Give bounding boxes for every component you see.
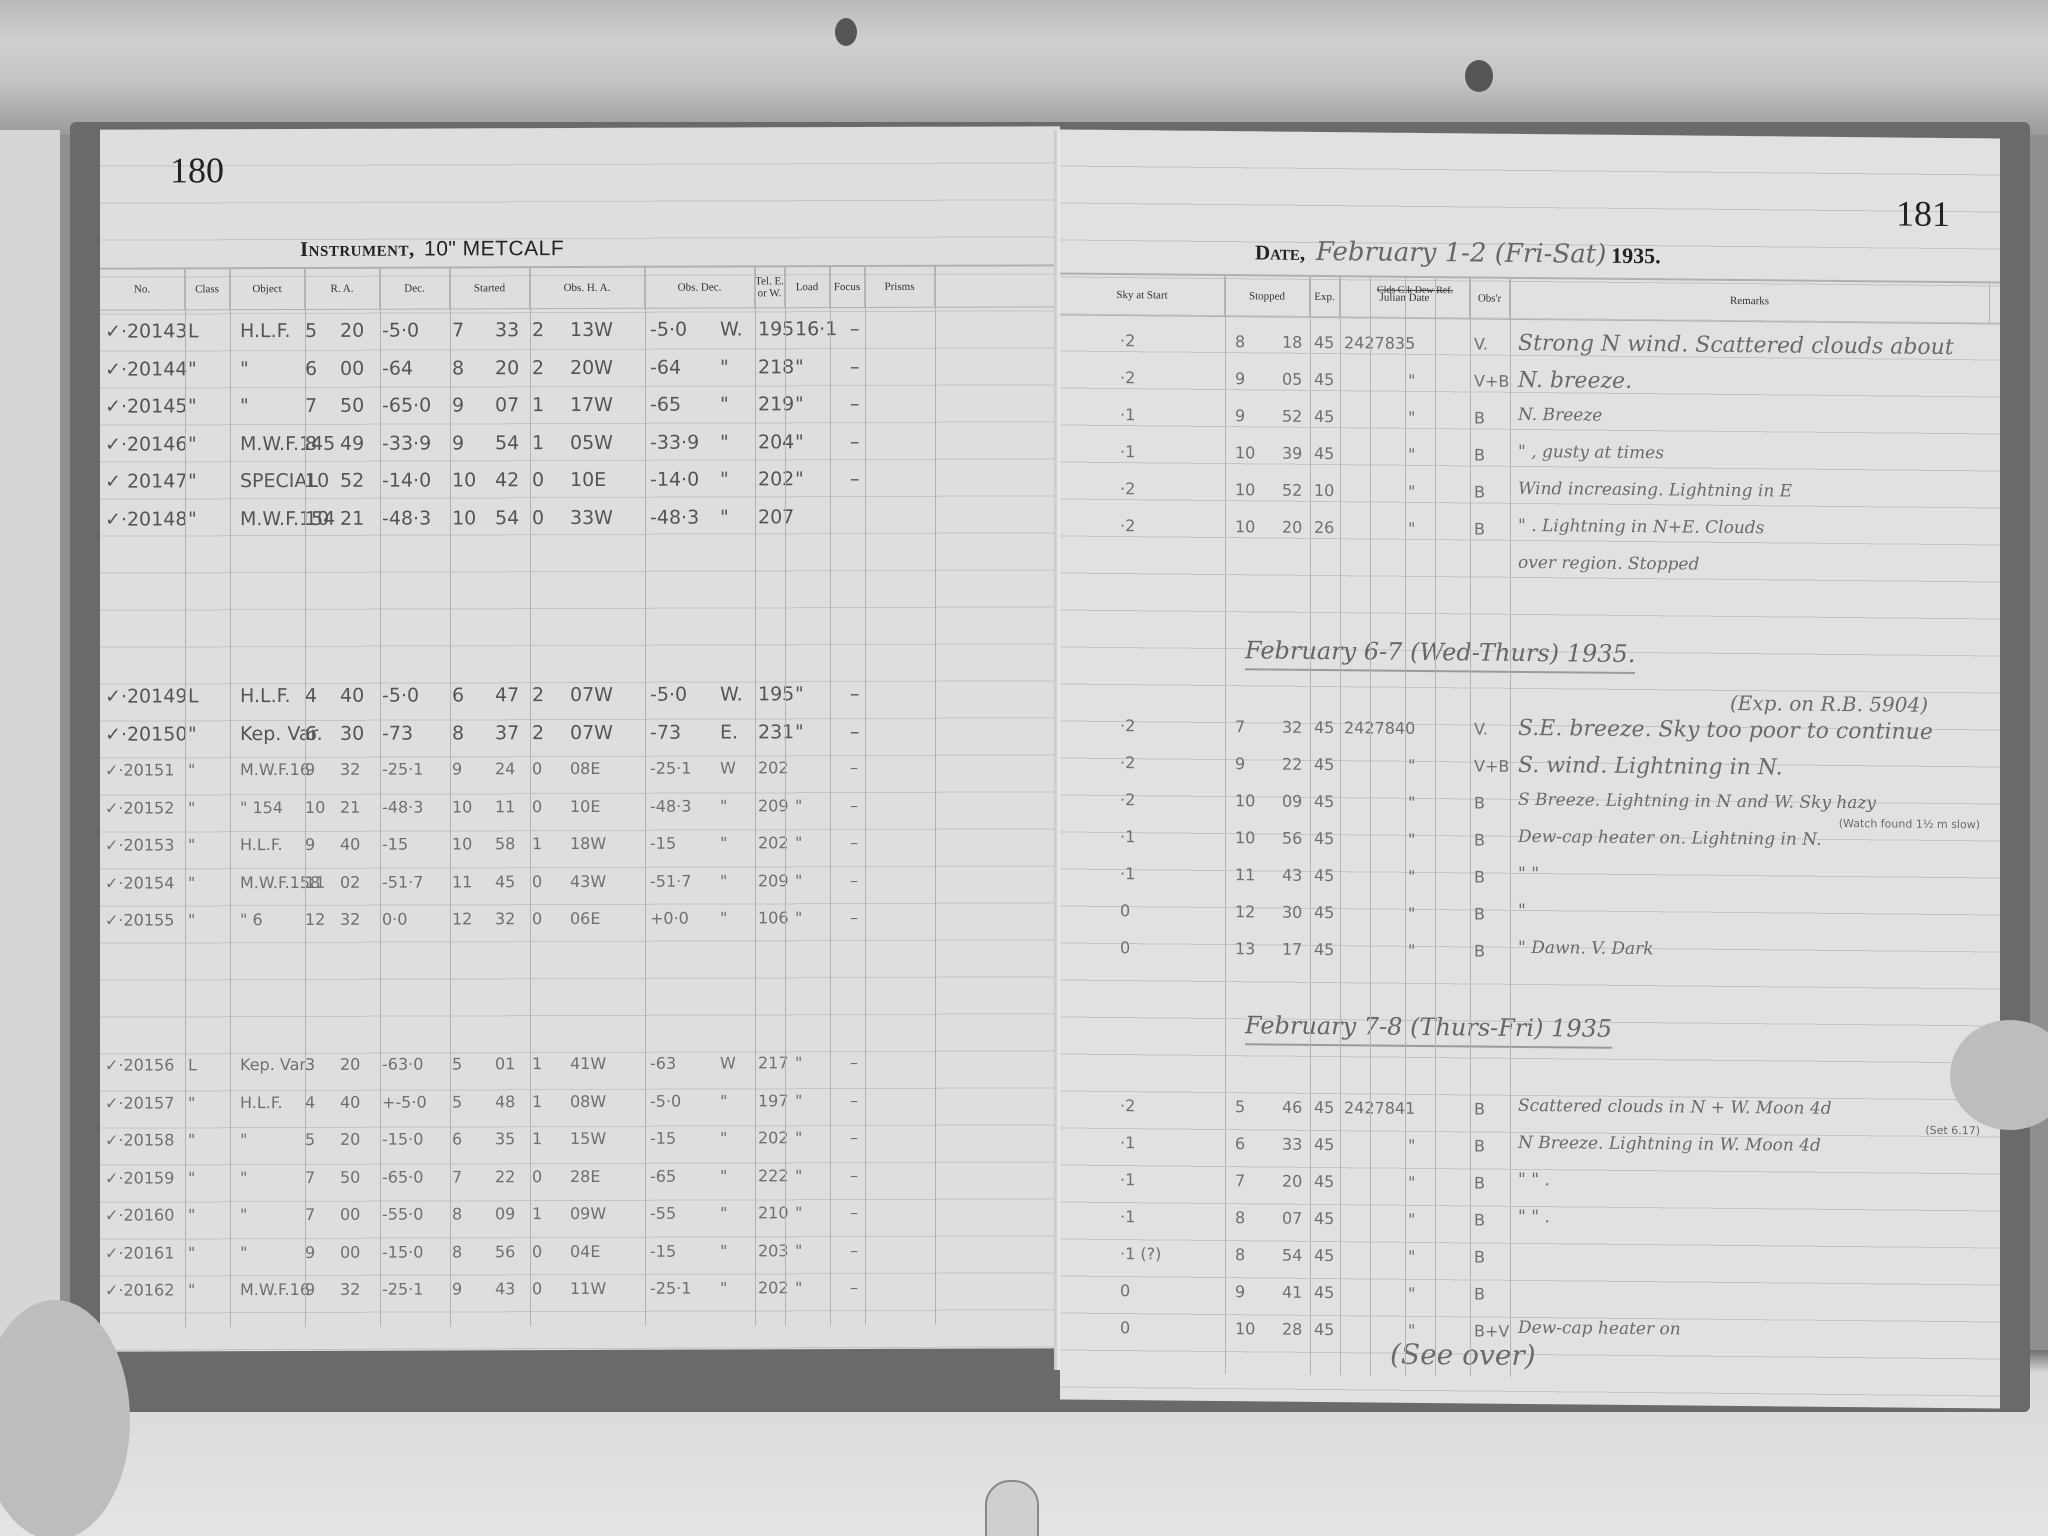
date-value: February 1-2 (Fri-Sat) [1316,237,1606,270]
sky-at-start: ·2 [1120,479,1135,498]
ra-hours: 11 [305,872,325,891]
prisms-cell: – [850,1278,858,1297]
obs-dec-cell: -25·1 [650,759,691,778]
observer-cell: B [1474,408,1485,427]
stopped-minute: 07 [1282,1209,1302,1228]
start-hour: 8 [452,1242,462,1261]
stopped-hour: 13 [1235,939,1255,958]
column-header: Dec. [380,268,450,308]
object-cell: " [240,1130,247,1149]
telescope-side: " [720,1128,727,1147]
start-hour: 5 [452,1092,462,1111]
struck-column-header: Clds Clk Dew Ref. [1360,283,1470,298]
dec-cell: -15 [382,835,408,854]
table-row: 0131745"B" Dawn. V. Dark [1060,931,1990,977]
start-second: 1 [532,1092,542,1111]
exposure-cell: 45 [1314,903,1334,922]
start-minute: 43 [495,1279,515,1298]
class-cell: " [188,508,197,530]
column-header: Tel. E. or W. [755,267,785,307]
column-rule [1405,276,1406,1376]
start-second: 0 [532,507,544,529]
obs-ha-cell: 33W [570,506,613,528]
remark-text: N. Breeze [1518,405,1602,426]
stopped-hour: 9 [1235,406,1245,425]
sky-at-start: ·1 [1120,864,1135,883]
dec-cell: -15·0 [382,1242,423,1261]
column-rule [935,265,936,1325]
exposure-cell: 45 [1314,370,1334,389]
dec-cell: -48·3 [382,797,423,816]
ra-hours: 10 [305,797,325,816]
exposure-cell: 45 [1314,940,1334,959]
load-cell: 218 [758,356,794,378]
telescope-side: " [720,1091,727,1110]
ra-minutes: 20 [340,1055,360,1074]
load-cell: 195 [758,318,794,340]
load-cell: 209 [758,796,789,815]
ra-hours: 5 [305,1130,315,1149]
dec-cell: -65·0 [382,1167,423,1186]
dec-cell: -48·3 [382,507,431,529]
start-minute: 24 [495,759,515,778]
instrument-label: Instrument, [300,237,415,261]
focus-cell: " [795,393,804,415]
telescope-side: " [720,833,727,852]
obs-dec-cell: -55 [650,1204,676,1223]
obs-ha-cell: 05W [570,431,613,453]
start-minute: 58 [495,834,515,853]
column-header: Object [230,269,305,309]
start-hour: 6 [452,684,464,706]
exposure-cell: 26 [1314,518,1334,537]
ra-minutes: 50 [340,1167,360,1186]
julian-date: " [1408,904,1415,923]
observer-cell: B [1474,445,1485,464]
sky-at-start: ·2 [1120,368,1135,387]
stopped-minute: 05 [1282,370,1302,389]
column-header: Obs. Dec. [645,267,755,307]
focus-cell: " [795,356,804,378]
julian-date: " [1408,1173,1415,1192]
start-hour: 11 [452,872,472,891]
left-page: 180 Instrument, 10" METCALF No.ClassObje… [100,126,1060,1351]
ra-minutes: 49 [340,432,364,454]
telescope-side: " [720,1278,727,1297]
load-cell: 202 [758,758,789,777]
class-cell: " [188,1168,195,1187]
remark-text: S Breeze. Lightning in N and W. Sky hazy [1518,790,1876,813]
start-second: 0 [532,1242,542,1261]
start-minute: 56 [495,1242,515,1261]
instrument-value: 10" METCALF [424,237,564,260]
obs-dec-cell: +0·0 [650,909,689,928]
entry-number: ✓·20156 [105,1055,174,1074]
ra-hours: 9 [305,835,315,854]
stopped-minute: 33 [1282,1135,1302,1154]
start-minute: 01 [495,1054,515,1073]
column-header-row: No.ClassObjectR. A.Dec.StartedObs. H. A.… [100,264,1060,310]
date-heading: Date, February 1-2 (Fri-Sat) 1935. [1255,236,1661,270]
dec-cell: -25·1 [382,1280,423,1299]
column-rule [1470,276,1471,1376]
column-rule [1510,277,1511,1377]
class-cell: " [188,1243,195,1262]
class-cell: " [188,798,195,817]
load-cell: 231 [758,721,794,743]
entry-number: ✓·20153 [105,835,174,854]
obs-dec-cell: -5·0 [650,1091,681,1110]
obs-ha-cell: 15W [570,1129,606,1148]
obs-ha-cell: 20W [570,356,613,378]
column-header: Stopped [1225,276,1310,317]
stopped-minute: 22 [1282,755,1302,774]
load-cell: 210 [758,1203,789,1222]
object-cell: " [240,395,249,417]
object-cell: Kep. Var. [240,1055,310,1074]
stopped-hour: 9 [1235,754,1245,773]
start-second: 1 [532,394,544,416]
focus-cell: " [795,721,804,743]
ra-hours: 7 [305,395,317,417]
sky-at-start: ·2 [1120,790,1135,809]
exposure-cell: 45 [1314,718,1334,737]
column-header: Load [785,267,830,307]
prisms-cell: – [850,1128,858,1147]
load-cell: 197 [758,1091,789,1110]
start-second: 0 [532,469,544,491]
prisms-cell: – [850,908,858,927]
start-hour: 9 [452,432,464,454]
dec-cell: -5·0 [382,685,419,707]
entry-number: ✓·20144 [105,358,187,380]
start-hour: 9 [452,394,464,416]
entry-number: ✓·20149 [105,685,187,707]
observer-cell: B [1474,482,1485,501]
obs-ha-cell: 18W [570,834,606,853]
class-cell: L [188,1055,197,1074]
sky-at-start: ·1 (?) [1120,1244,1161,1263]
observer-cell: B [1474,1136,1485,1155]
julian-date: " [1408,867,1415,886]
page-number: 181 [1896,193,1950,236]
stopped-hour: 11 [1235,865,1255,884]
start-hour: 6 [452,1129,462,1148]
night-date-heading: February 7-8 (Thurs-Fri) 1935 [1245,1011,1612,1049]
telescope-side: " [720,1241,727,1260]
start-hour: 10 [452,469,476,491]
telescope-side: W. [720,318,743,340]
column-header: Exp. [1310,277,1340,317]
entry-number: ✓·20157 [105,1093,174,1112]
obs-dec-cell: -5·0 [650,684,687,706]
stopped-hour: 10 [1235,443,1255,462]
telescope-side: W [720,1053,736,1072]
stopped-minute: 18 [1282,333,1302,352]
start-hour: 8 [452,357,464,379]
column-rule [1435,276,1436,1376]
obs-dec-cell: -48·3 [650,796,691,815]
obs-ha-cell: 06E [570,909,600,928]
exposure-note: (Exp. on R.B. 5904) [1730,691,1928,717]
class-cell: " [188,395,197,417]
dec-cell: 0·0 [382,910,407,929]
dec-cell: -65·0 [382,395,431,417]
ra-hours: 9 [305,1280,315,1299]
stopped-minute: 39 [1282,444,1302,463]
column-rule [1225,274,1226,1374]
book-clip [985,1480,1039,1536]
julian-date: " [1408,1210,1415,1229]
stopped-hour: 7 [1235,717,1245,736]
telescope-side: " [720,431,729,453]
ra-hours: 10 [305,470,329,492]
obs-ha-cell: 10E [570,796,600,815]
julian-date: " [1408,408,1415,427]
start-minute: 07 [495,394,519,416]
stopped-minute: 54 [1282,1246,1302,1265]
load-cell: 195 [758,683,794,705]
start-minute: 37 [495,722,519,744]
class-cell: " [188,1130,195,1149]
column-header: Focus [830,267,865,307]
entry-number: ✓·20148 [105,508,187,530]
sky-at-start: ·2 [1120,331,1135,350]
load-cell: 202 [758,833,789,852]
column-header: Sky at Start [1060,274,1225,316]
observer-cell: B [1474,519,1485,538]
column-header: Obs'r [1470,278,1510,318]
prisms-cell: – [850,1241,858,1260]
julian-date: " [1408,756,1415,775]
prisms-cell: – [850,758,858,777]
start-second: 2 [532,722,544,744]
object-cell: " 6 [240,910,263,929]
exposure-cell: 45 [1314,1172,1334,1191]
object-cell: M.W.F.145 [240,432,335,454]
dec-cell: -51·7 [382,872,423,891]
class-cell: L [188,685,199,707]
background-wall [0,130,60,1350]
observer-cell: B [1474,1099,1485,1118]
entry-number: ✓·20154 [105,873,174,892]
dec-cell: +-5·0 [382,1092,427,1111]
load-cell: 202 [758,1278,789,1297]
julian-date: " [1408,482,1415,501]
column-rule [380,267,381,1327]
column-rule [450,266,451,1326]
start-hour: 12 [452,909,472,928]
start-hour: 10 [452,797,472,816]
load-cell: 204 [758,431,794,453]
start-hour: 8 [452,722,464,744]
sky-at-start: ·1 [1120,1207,1135,1226]
prisms-cell: – [850,1053,858,1072]
obs-dec-cell: -5·0 [650,319,687,341]
load-cell: 209 [758,871,789,890]
julian-date: " [1408,793,1415,812]
exposure-cell: 45 [1314,1098,1334,1117]
load-cell: 207 [758,506,794,528]
dec-cell: -33·9 [382,432,431,454]
ra-hours: 7 [305,1205,315,1224]
start-minute: 32 [495,909,515,928]
obs-ha-cell: 28E [570,1166,600,1185]
object-cell: H.L.F. [240,1093,283,1112]
class-cell: " [188,873,195,892]
dec-cell: -25·1 [382,760,423,779]
stopped-hour: 8 [1235,332,1245,351]
obs-ha-cell: 43W [570,871,606,890]
start-hour: 9 [452,1279,462,1298]
load-cell: 203 [758,1241,789,1260]
stopped-hour: 10 [1235,828,1255,847]
start-second: 1 [532,432,544,454]
entry-number: ✓·20162 [105,1280,174,1299]
column-header: R. A. [305,269,380,309]
column-header: Started [450,268,530,308]
ra-hours: 7 [305,1167,315,1186]
focus-cell: " [795,796,802,815]
start-minute: 48 [495,1092,515,1111]
sky-at-start: 0 [1120,901,1130,920]
column-rule [830,265,831,1325]
column-rule [305,267,306,1327]
start-hour: 10 [452,834,472,853]
right-page: 181 Date, February 1-2 (Fri-Sat) 1935. S… [1060,129,2000,1408]
stopped-minute: 17 [1282,940,1302,959]
exposure-cell: 45 [1314,755,1334,774]
column-header-row: Sky at StartStoppedExp.Julian DateObs'rR… [1060,272,2000,324]
start-hour: 5 [452,1054,462,1073]
column-rule [755,265,756,1325]
obs-ha-cell: 41W [570,1054,606,1073]
class-cell: " [188,760,195,779]
julian-date: " [1408,1284,1415,1303]
column-rule [530,266,531,1326]
obs-ha-cell: 08W [570,1091,606,1110]
class-cell: " [188,1280,195,1299]
wood-knot [1465,60,1493,92]
sky-at-start: ·1 [1120,405,1135,424]
stopped-minute: 46 [1282,1098,1302,1117]
obs-dec-cell: -33·9 [650,431,699,453]
start-minute: 47 [495,684,519,706]
ra-hours: 6 [305,722,317,744]
entry-number: ✓·20152 [105,798,174,817]
class-cell: " [188,470,197,492]
exposure-cell: 45 [1314,333,1334,352]
start-second: 1 [532,834,542,853]
observer-cell: V. [1474,719,1488,738]
start-minute: 22 [495,1167,515,1186]
telescope-side: W [720,758,736,777]
obs-dec-cell: -65 [650,1166,676,1185]
stopped-hour: 8 [1235,1208,1245,1227]
entry-number: ✓·20161 [105,1243,174,1262]
class-cell: " [188,358,197,380]
prisms-cell: – [850,431,860,453]
remark-text: " " . [1518,1170,1550,1190]
start-second: 0 [532,909,542,928]
entry-number: ✓·20160 [105,1205,174,1224]
focus-cell: " [795,871,802,890]
start-hour: 8 [452,1204,462,1223]
stopped-hour: 12 [1235,902,1255,921]
start-minute: 54 [495,507,519,529]
column-rule [865,265,866,1325]
stopped-minute: 52 [1282,407,1302,426]
remark-text: N Breeze. Lightning in W. Moon 4d [1518,1133,1821,1156]
exposure-cell: 45 [1314,829,1334,848]
stopped-minute: 41 [1282,1283,1302,1302]
start-second: 0 [532,797,542,816]
prisms-cell: – [850,356,860,378]
dec-cell: -55·0 [382,1205,423,1224]
sky-at-start: ·2 [1120,1096,1135,1115]
focus-cell: " [795,908,802,927]
see-over-note: (See over) [1390,1338,1536,1372]
start-minute: 09 [495,1204,515,1223]
stopped-hour: 9 [1235,369,1245,388]
night-date-heading: February 6-7 (Wed-Thurs) 1935. [1245,636,1635,674]
exposure-cell: 45 [1314,1246,1334,1265]
ra-minutes: 21 [340,507,364,529]
start-second: 2 [532,357,544,379]
remark-text: " Dawn. V. Dark [1518,938,1654,959]
class-cell: " [188,723,197,745]
stopped-minute: 32 [1282,718,1302,737]
remark-text: " . Lightning in N+E. Clouds [1518,516,1764,538]
observer-cell: B [1474,830,1485,849]
focus-cell: " [795,468,804,490]
ra-hours: 9 [305,760,315,779]
class-cell: " [188,910,195,929]
load-cell: 222 [758,1166,789,1185]
obs-dec-cell: -73 [650,721,681,743]
entry-number: ✓·20143 [105,320,187,342]
start-second: 1 [532,1054,542,1073]
exposure-cell: 45 [1314,866,1334,885]
sky-at-start: ·1 [1120,442,1135,461]
date-year: 1935. [1611,243,1661,268]
focus-cell: " [795,1128,802,1147]
wooden-shelf-backdrop [0,0,2048,135]
object-cell: H.L.F. [240,320,291,342]
start-second: 1 [532,1129,542,1148]
dec-cell: -64 [382,357,413,379]
exposure-cell: 45 [1314,407,1334,426]
stopped-hour: 10 [1235,480,1255,499]
dec-cell: -15·0 [382,1130,423,1149]
sky-at-start: ·2 [1120,716,1135,735]
prisms-cell: – [850,871,858,890]
julian-date: " [1408,830,1415,849]
sky-at-start: ·2 [1120,516,1135,535]
obs-ha-cell: 08E [570,759,600,778]
prisms-cell: – [850,1166,858,1185]
column-rule [1310,275,1311,1375]
remark-text: S.E. breeze. Sky too poor to continue [1518,716,1933,745]
ra-minutes: 00 [340,1205,360,1224]
dec-cell: -73 [382,722,413,744]
load-cell: 106 [758,908,789,927]
dec-cell: -5·0 [382,320,419,342]
obs-dec-cell: -64 [650,356,681,378]
ra-hours: 5 [305,320,317,342]
prisms-cell: – [850,833,858,852]
observer-cell: B [1474,793,1485,812]
